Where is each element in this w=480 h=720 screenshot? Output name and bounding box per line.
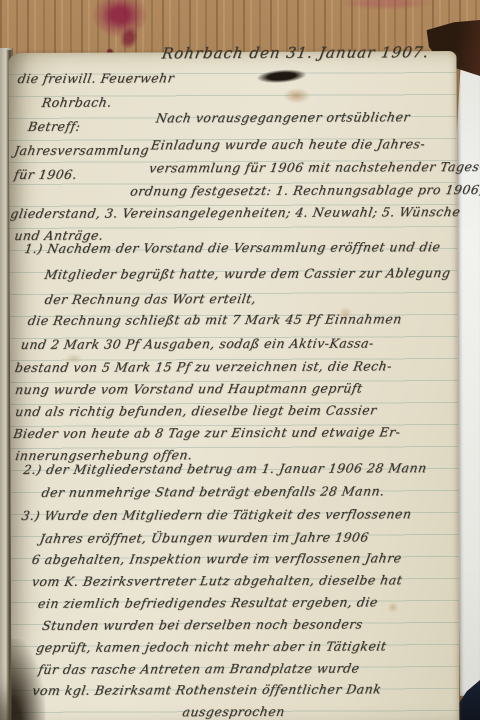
body-line: geprüft, kamen jedoch nicht mehr aber in… (35, 638, 387, 655)
body-line: der nunmehrige Stand beträgt ebenfalls 2… (40, 483, 385, 500)
dateline: Rohrbach den 31. Januar 1907. (161, 43, 431, 62)
manuscript-page: Rohrbach den 31. Januar 1907. die freiwi… (9, 51, 460, 720)
body-line: vom K. Bezirksvertreter Lutz abgehalten,… (31, 572, 404, 589)
margin-note-line: Rohrbach. (41, 95, 113, 110)
body-line: der Rechnung das Wort erteilt, (44, 291, 258, 307)
body-line: und als richtig befunden, dieselbe liegt… (14, 402, 378, 419)
margin-note-line: für 1906. (13, 167, 78, 182)
body-line: Jahres eröffnet, Übungen wurden im Jahre… (39, 529, 370, 545)
body-line: nung wurde vom Vorstand und Hauptmann ge… (14, 380, 364, 397)
gutter-corner-shadow (11, 639, 45, 720)
margin-note-line: die freiwill. Feuerwehr (17, 70, 176, 86)
photo-of-manuscript-book: Rohrbach den 31. Januar 1907. die freiwi… (0, 0, 480, 720)
body-line: bestand von 5 Mark 15 Pf zu verzeichnen … (14, 358, 393, 375)
red-ink-stain (92, 0, 148, 38)
body-line: Nach vorausgegangener ortsüblicher (155, 109, 411, 125)
body-line: 3.) Wurde den Mitgliedern die Tätigkeit … (21, 506, 413, 523)
body-line: ausgesprochen (181, 704, 286, 719)
body-line: 1.) Nachdem der Vorstand die Versammlung… (23, 239, 441, 256)
body-line: ordnung festgesetzt: 1. Rechnungsablage … (129, 182, 480, 199)
body-line: die Rechnung schließt ab mit 7 Mark 45 P… (27, 311, 403, 328)
body-line: Bieder von heute ab 8 Tage zur Einsicht … (12, 424, 401, 441)
margin-note-line: Jahresversammlung (13, 142, 150, 158)
body-line: vom kgl. Bezirksamt Rothenstein öffentli… (31, 681, 382, 698)
body-line: und 2 Mark 30 Pf Ausgaben, sodaß ein Akt… (20, 335, 375, 352)
body-line: für das rasche Antreten am Brandplatze w… (37, 660, 360, 676)
body-line: Mitglieder begrüßt hatte, wurde dem Cass… (44, 265, 452, 282)
body-line: Einladung wurde auch heute die Jahres- (150, 136, 426, 152)
body-line: 2.) der Mitgliederstand betrug am 1. Jan… (22, 460, 428, 477)
body-line: ein ziemlich befriedigendes Resultat erg… (37, 594, 379, 610)
body-line: Stunden wurden bei derselben noch besond… (41, 616, 364, 632)
body-line: gliederstand, 3. Vereinsangelegenheiten;… (9, 204, 461, 221)
body-line: 6 abgehalten, Inspektion wurde im verflo… (31, 550, 403, 567)
margin-note-line: Betreff: (27, 119, 82, 134)
ink-blot (256, 68, 307, 85)
red-ink-stain (338, 0, 434, 10)
body-line: versammlung für 1906 mit nachstehender T… (148, 159, 480, 175)
